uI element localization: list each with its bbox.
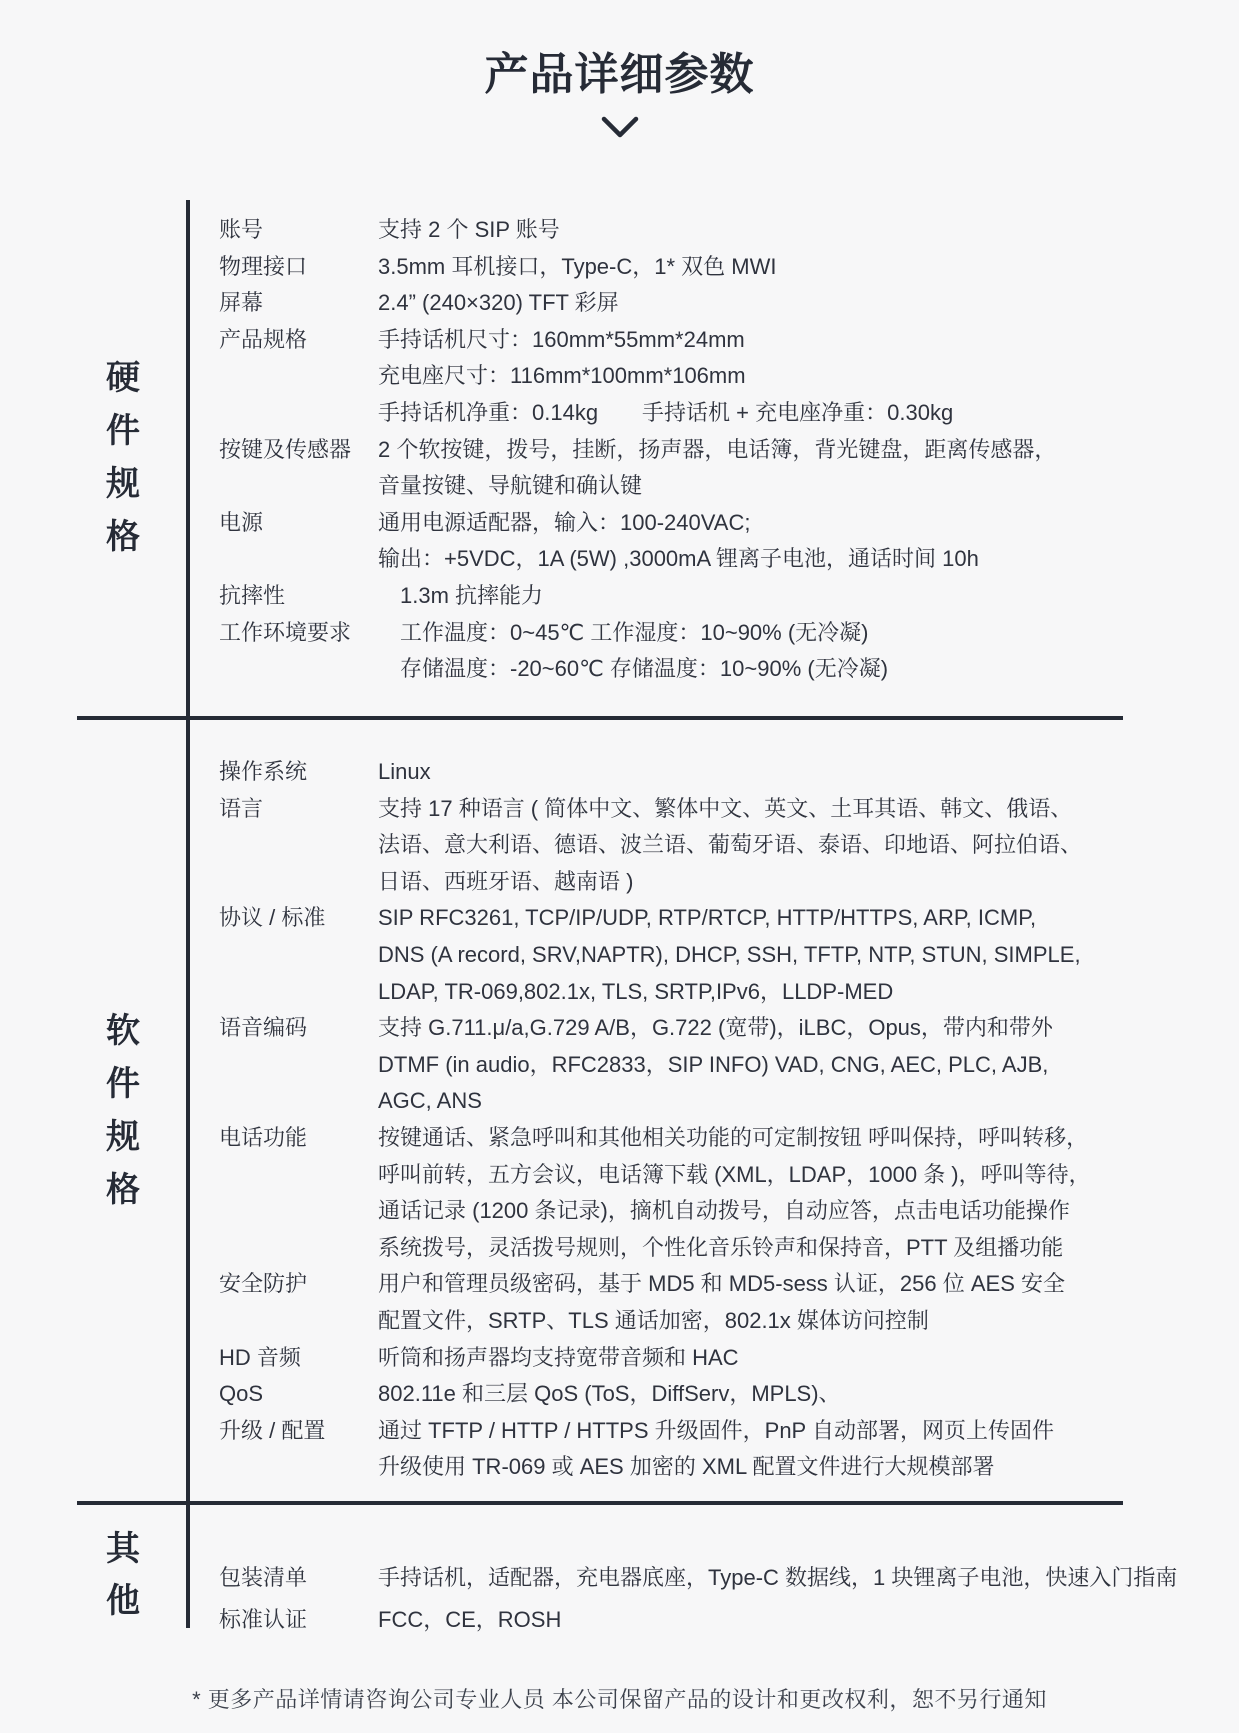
row-label: 操作系统 (219, 754, 378, 791)
row-label: 电源 (219, 505, 378, 578)
row-label: 屏幕 (219, 285, 378, 322)
row-label: 产品规格 (219, 322, 378, 432)
section-rows-other: 包装清单手持话机，适配器，充电器底座，Type-C 数据线，1 块锂离子电池，快… (187, 1505, 1239, 1645)
row-label: 按键及传感器 (219, 432, 378, 505)
row-value-line: 支持 2 个 SIP 账号 (378, 212, 1239, 249)
table-row: 账号支持 2 个 SIP 账号 (219, 212, 1239, 249)
section-title-char: 格 (106, 511, 187, 564)
row-value: FCC，CE，ROSH (378, 1599, 1239, 1641)
table-row: 标准认证FCC，CE，ROSH (219, 1599, 1239, 1641)
row-value-line: 手持话机净重：0.14kg 手持话机 + 充电座净重：0.30kg (378, 395, 1239, 432)
row-value-line: 3.5mm 耳机接口，Type-C，1* 双色 MWI (378, 249, 1239, 286)
section-title-char: 软 (106, 1005, 187, 1058)
row-value: SIP RFC3261, TCP/IP/UDP, RTP/RTCP, HTTP/… (378, 900, 1239, 1010)
row-value-line: 2.4” (240×320) TFT 彩屏 (378, 285, 1239, 322)
row-value: Linux (378, 754, 1239, 791)
row-value-line: LDAP, TR-069,802.1x, TLS, SRTP,IPv6，LLDP… (378, 974, 1239, 1011)
row-label: 语言 (219, 791, 378, 901)
row-label: 电话功能 (219, 1120, 378, 1266)
row-value-line: 呼叫前转，五方会议，电话簿下载 (XML，LDAP，1000 条 )，呼叫等待， (378, 1157, 1239, 1194)
row-value-line: 工作温度：0~45℃ 工作湿度：10~90% (无冷凝) (378, 615, 1239, 652)
vertical-divider (186, 200, 190, 1628)
row-value: 支持 17 种语言 ( 简体中文、繁体中文、英文、土耳其语、韩文、俄语、法语、意… (378, 791, 1239, 901)
row-value: 2.4” (240×320) TFT 彩屏 (378, 285, 1239, 322)
row-label: HD 音频 (219, 1340, 378, 1377)
section-title-char: 硬 (106, 352, 187, 405)
row-label: 物理接口 (219, 249, 378, 286)
row-value: 工作温度：0~45℃ 工作湿度：10~90% (无冷凝) 存储温度：-20~60… (378, 615, 1239, 688)
row-value-line: 2 个软按键，拨号，挂断，扬声器，电话簿，背光键盘，距离传感器， (378, 432, 1239, 469)
row-value-line: 用户和管理员级密码，基于 MD5 和 MD5-sess 认证，256 位 AES… (378, 1266, 1239, 1303)
row-value-line: 听筒和扬声器均支持宽带音频和 HAC (378, 1340, 1239, 1377)
section-title-char: 格 (106, 1164, 187, 1217)
row-value: 支持 2 个 SIP 账号 (378, 212, 1239, 249)
row-label: 包装清单 (219, 1557, 378, 1599)
row-value-line: 按键通话、紧急呼叫和其他相关功能的可定制按钮 呼叫保持，呼叫转移， (378, 1120, 1239, 1157)
row-value-line: 升级使用 TR-069 或 AES 加密的 XML 配置文件进行大规模部署 (378, 1449, 1239, 1486)
table-row: 电源通用电源适配器，输入：100-240VAC;输出：+5VDC，1A (5W)… (219, 505, 1239, 578)
section-title-other: 其他 (0, 1505, 187, 1645)
section-title-char: 规 (106, 1111, 187, 1164)
row-value: 手持话机，适配器，充电器底座，Type-C 数据线，1 块锂离子电池，快速入门指… (378, 1557, 1239, 1599)
row-value-line: 支持 G.711.μ/a,G.729 A/B，G.722 (宽带)，iLBC，O… (378, 1010, 1239, 1047)
row-value-line: 支持 17 种语言 ( 简体中文、繁体中文、英文、土耳其语、韩文、俄语、 (378, 791, 1239, 828)
chevron-down-icon (0, 114, 1239, 142)
section-title-software: 软件规格 (0, 720, 187, 1501)
section-rows-software: 操作系统Linux语言支持 17 种语言 ( 简体中文、繁体中文、英文、土耳其语… (187, 720, 1239, 1501)
table-row: 产品规格手持话机尺寸：160mm*55mm*24mm充电座尺寸：116mm*10… (219, 322, 1239, 432)
table-row: 操作系统Linux (219, 754, 1239, 791)
table-row: 按键及传感器2 个软按键，拨号，挂断，扬声器，电话簿，背光键盘，距离传感器，音量… (219, 432, 1239, 505)
row-value-line: 存储温度：-20~60℃ 存储温度：10~90% (无冷凝) (378, 651, 1239, 688)
row-value-line: 音量按键、导航键和确认键 (378, 468, 1239, 505)
row-label: 抗摔性 (219, 578, 378, 615)
row-value: 1.3m 抗摔能力 (378, 578, 1239, 615)
row-value-line: 802.11e 和三层 QoS (ToS，DiffServ，MPLS)、 (378, 1376, 1239, 1413)
row-value: 2 个软按键，拨号，挂断，扬声器，电话簿，背光键盘，距离传感器，音量按键、导航键… (378, 432, 1239, 505)
section-title-char: 规 (106, 458, 187, 511)
row-value-line: 配置文件，SRTP、TLS 通话加密，802.1x 媒体访问控制 (378, 1303, 1239, 1340)
section-title-char: 他 (106, 1575, 187, 1627)
table-row: 屏幕2.4” (240×320) TFT 彩屏 (219, 285, 1239, 322)
row-value-line: 1.3m 抗摔能力 (378, 578, 1239, 615)
table-row: 语音编码支持 G.711.μ/a,G.729 A/B，G.722 (宽带)，iL… (219, 1010, 1239, 1120)
table-row: 电话功能按键通话、紧急呼叫和其他相关功能的可定制按钮 呼叫保持，呼叫转移，呼叫前… (219, 1120, 1239, 1266)
row-label: 工作环境要求 (219, 615, 378, 688)
row-value: 听筒和扬声器均支持宽带音频和 HAC (378, 1340, 1239, 1377)
table-row: 语言支持 17 种语言 ( 简体中文、繁体中文、英文、土耳其语、韩文、俄语、法语… (219, 791, 1239, 901)
row-value: 通过 TFTP / HTTP / HTTPS 升级固件，PnP 自动部署，网页上… (378, 1413, 1239, 1486)
row-value: 3.5mm 耳机接口，Type-C，1* 双色 MWI (378, 249, 1239, 286)
table-row: 协议 / 标准SIP RFC3261, TCP/IP/UDP, RTP/RTCP… (219, 900, 1239, 1010)
row-value: 按键通话、紧急呼叫和其他相关功能的可定制按钮 呼叫保持，呼叫转移，呼叫前转，五方… (378, 1120, 1239, 1266)
section-rows-hardware: 账号支持 2 个 SIP 账号物理接口3.5mm 耳机接口，Type-C，1* … (187, 200, 1239, 716)
row-value-line: 手持话机，适配器，充电器底座，Type-C 数据线，1 块锂离子电池，快速入门指… (378, 1557, 1239, 1599)
page-title: 产品详细参数 (0, 52, 1239, 98)
table-row: 升级 / 配置通过 TFTP / HTTP / HTTPS 升级固件，PnP 自… (219, 1413, 1239, 1486)
table-row: 包装清单手持话机，适配器，充电器底座，Type-C 数据线，1 块锂离子电池，快… (219, 1557, 1239, 1599)
row-value-line: 法语、意大利语、德语、波兰语、葡萄牙语、泰语、印地语、阿拉伯语、 (378, 827, 1239, 864)
section-title-char: 件 (106, 405, 187, 458)
row-label: 标准认证 (219, 1599, 378, 1641)
table-row: 物理接口3.5mm 耳机接口，Type-C，1* 双色 MWI (219, 249, 1239, 286)
table-row: QoS802.11e 和三层 QoS (ToS，DiffServ，MPLS)、 (219, 1376, 1239, 1413)
section-title-hardware: 硬件规格 (0, 200, 187, 716)
row-value: 802.11e 和三层 QoS (ToS，DiffServ，MPLS)、 (378, 1376, 1239, 1413)
row-value-line: FCC，CE，ROSH (378, 1599, 1239, 1641)
row-label: 协议 / 标准 (219, 900, 378, 1010)
row-value-line: 通用电源适配器，输入：100-240VAC; (378, 505, 1239, 542)
row-label: QoS (219, 1376, 378, 1413)
row-value-line: AGC, ANS (378, 1083, 1239, 1120)
footer-note: * 更多产品详情请咨询公司专业人员 本公司保留产品的设计和更改权利，恕不另行通知 (0, 1683, 1239, 1714)
row-value: 通用电源适配器，输入：100-240VAC;输出：+5VDC，1A (5W) ,… (378, 505, 1239, 578)
row-value-line: 输出：+5VDC，1A (5W) ,3000mA 锂离子电池，通话时间 10h (378, 541, 1239, 578)
row-value-line: 充电座尺寸：116mm*100mm*106mm (378, 358, 1239, 395)
row-value: 支持 G.711.μ/a,G.729 A/B，G.722 (宽带)，iLBC，O… (378, 1010, 1239, 1120)
row-value-line: Linux (378, 754, 1239, 791)
row-value-line: DNS (A record, SRV,NAPTR), DHCP, SSH, TF… (378, 937, 1239, 974)
row-label: 安全防护 (219, 1266, 378, 1339)
row-label: 升级 / 配置 (219, 1413, 378, 1486)
table-row: HD 音频听筒和扬声器均支持宽带音频和 HAC (219, 1340, 1239, 1377)
row-value-line: 手持话机尺寸：160mm*55mm*24mm (378, 322, 1239, 359)
section-title-char: 件 (106, 1058, 187, 1111)
row-value-line: 通过 TFTP / HTTP / HTTPS 升级固件，PnP 自动部署，网页上… (378, 1413, 1239, 1450)
row-label: 账号 (219, 212, 378, 249)
row-value-line: DTMF (in audio，RFC2833，SIP INFO) VAD, CN… (378, 1047, 1239, 1084)
row-value-line: 通话记录 (1200 条记录)，摘机自动拨号，自动应答，点击电话功能操作 (378, 1193, 1239, 1230)
row-value: 手持话机尺寸：160mm*55mm*24mm充电座尺寸：116mm*100mm*… (378, 322, 1239, 432)
table-row: 工作环境要求 工作温度：0~45℃ 工作湿度：10~90% (无冷凝) 存储温度… (219, 615, 1239, 688)
section-title-char: 其 (106, 1523, 187, 1575)
row-value: 用户和管理员级密码，基于 MD5 和 MD5-sess 认证，256 位 AES… (378, 1266, 1239, 1339)
spec-table: 硬件规格账号支持 2 个 SIP 账号物理接口3.5mm 耳机接口，Type-C… (0, 200, 1239, 1645)
row-label: 语音编码 (219, 1010, 378, 1120)
row-value-line: 日语、西班牙语、越南语 ) (378, 864, 1239, 901)
table-row: 安全防护用户和管理员级密码，基于 MD5 和 MD5-sess 认证，256 位… (219, 1266, 1239, 1339)
row-value-line: 系统拨号，灵活拨号规则，个性化音乐铃声和保持音，PTT 及组播功能 (378, 1230, 1239, 1267)
row-value-line: SIP RFC3261, TCP/IP/UDP, RTP/RTCP, HTTP/… (378, 900, 1239, 937)
table-row: 抗摔性 1.3m 抗摔能力 (219, 578, 1239, 615)
